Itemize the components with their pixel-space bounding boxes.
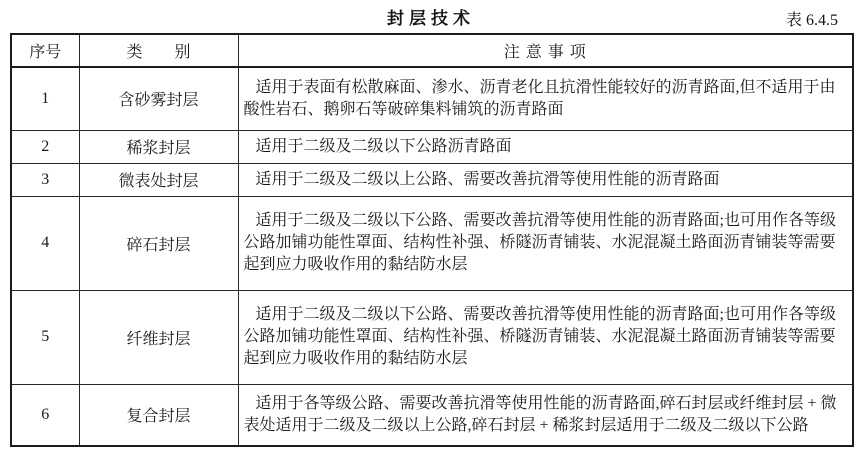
column-header-notes: 注 意 事 项 (238, 34, 853, 67)
table-number-label: 表 6.4.5 (786, 7, 838, 30)
table-row: 3 微表处封层 适用于二级及二级以上公路、需要改善抗滑等使用性能的沥青路面 (11, 163, 853, 196)
row-number-cell: 1 (11, 67, 79, 130)
column-header-serial-number: 序号 (11, 34, 79, 67)
category-cell: 复合封层 (79, 384, 238, 446)
row-number-cell: 5 (11, 290, 79, 384)
category-cell: 纤维封层 (79, 290, 238, 384)
note-cell: 适用于二级及二级以下公路、需要改善抗滑等使用性能的沥青路面;也可用作各等级公路加… (238, 290, 853, 384)
table-row: 4 碎石封层 适用于二级及二级以下公路、需要改善抗滑等使用性能的沥青路面;也可用… (11, 196, 853, 290)
row-number-cell: 3 (11, 163, 79, 196)
column-header-category: 类 别 (79, 34, 238, 67)
header-row: 序号 类 别 注 意 事 项 (11, 34, 853, 67)
category-cell: 稀浆封层 (79, 130, 238, 163)
note-cell: 适用于二级及二级以下公路沥青路面 (238, 130, 853, 163)
row-number-cell: 6 (11, 384, 79, 446)
seal-coat-technology-table: 序号 类 别 注 意 事 项 1 含砂雾封层 适用于表面有松散麻面、渗水、沥青老… (10, 33, 854, 447)
table-row: 1 含砂雾封层 适用于表面有松散麻面、渗水、沥青老化且抗滑性能较好的沥青路面,但… (11, 67, 853, 130)
row-number-cell: 4 (11, 196, 79, 290)
row-number-cell: 2 (11, 130, 79, 163)
note-cell: 适用于二级及二级以下公路、需要改善抗滑等使用性能的沥青路面;也可用作各等级公路加… (238, 196, 853, 290)
note-cell: 适用于各等级公路、需要改善抗滑等使用性能的沥青路面,碎石封层或纤维封层 + 微表… (238, 384, 853, 446)
table-row: 6 复合封层 适用于各等级公路、需要改善抗滑等使用性能的沥青路面,碎石封层或纤维… (11, 384, 853, 446)
category-cell: 含砂雾封层 (79, 67, 238, 130)
table-row: 2 稀浆封层 适用于二级及二级以下公路沥青路面 (11, 130, 853, 163)
note-cell: 适用于二级及二级以上公路、需要改善抗滑等使用性能的沥青路面 (238, 163, 853, 196)
note-cell: 适用于表面有松散麻面、渗水、沥青老化且抗滑性能较好的沥青路面,但不适用于由酸性岩… (238, 67, 853, 130)
page-title: 封层技术 (10, 4, 852, 29)
category-cell: 碎石封层 (79, 196, 238, 290)
category-cell: 微表处封层 (79, 163, 238, 196)
table-row: 5 纤维封层 适用于二级及二级以下公路、需要改善抗滑等使用性能的沥青路面;也可用… (11, 290, 853, 384)
